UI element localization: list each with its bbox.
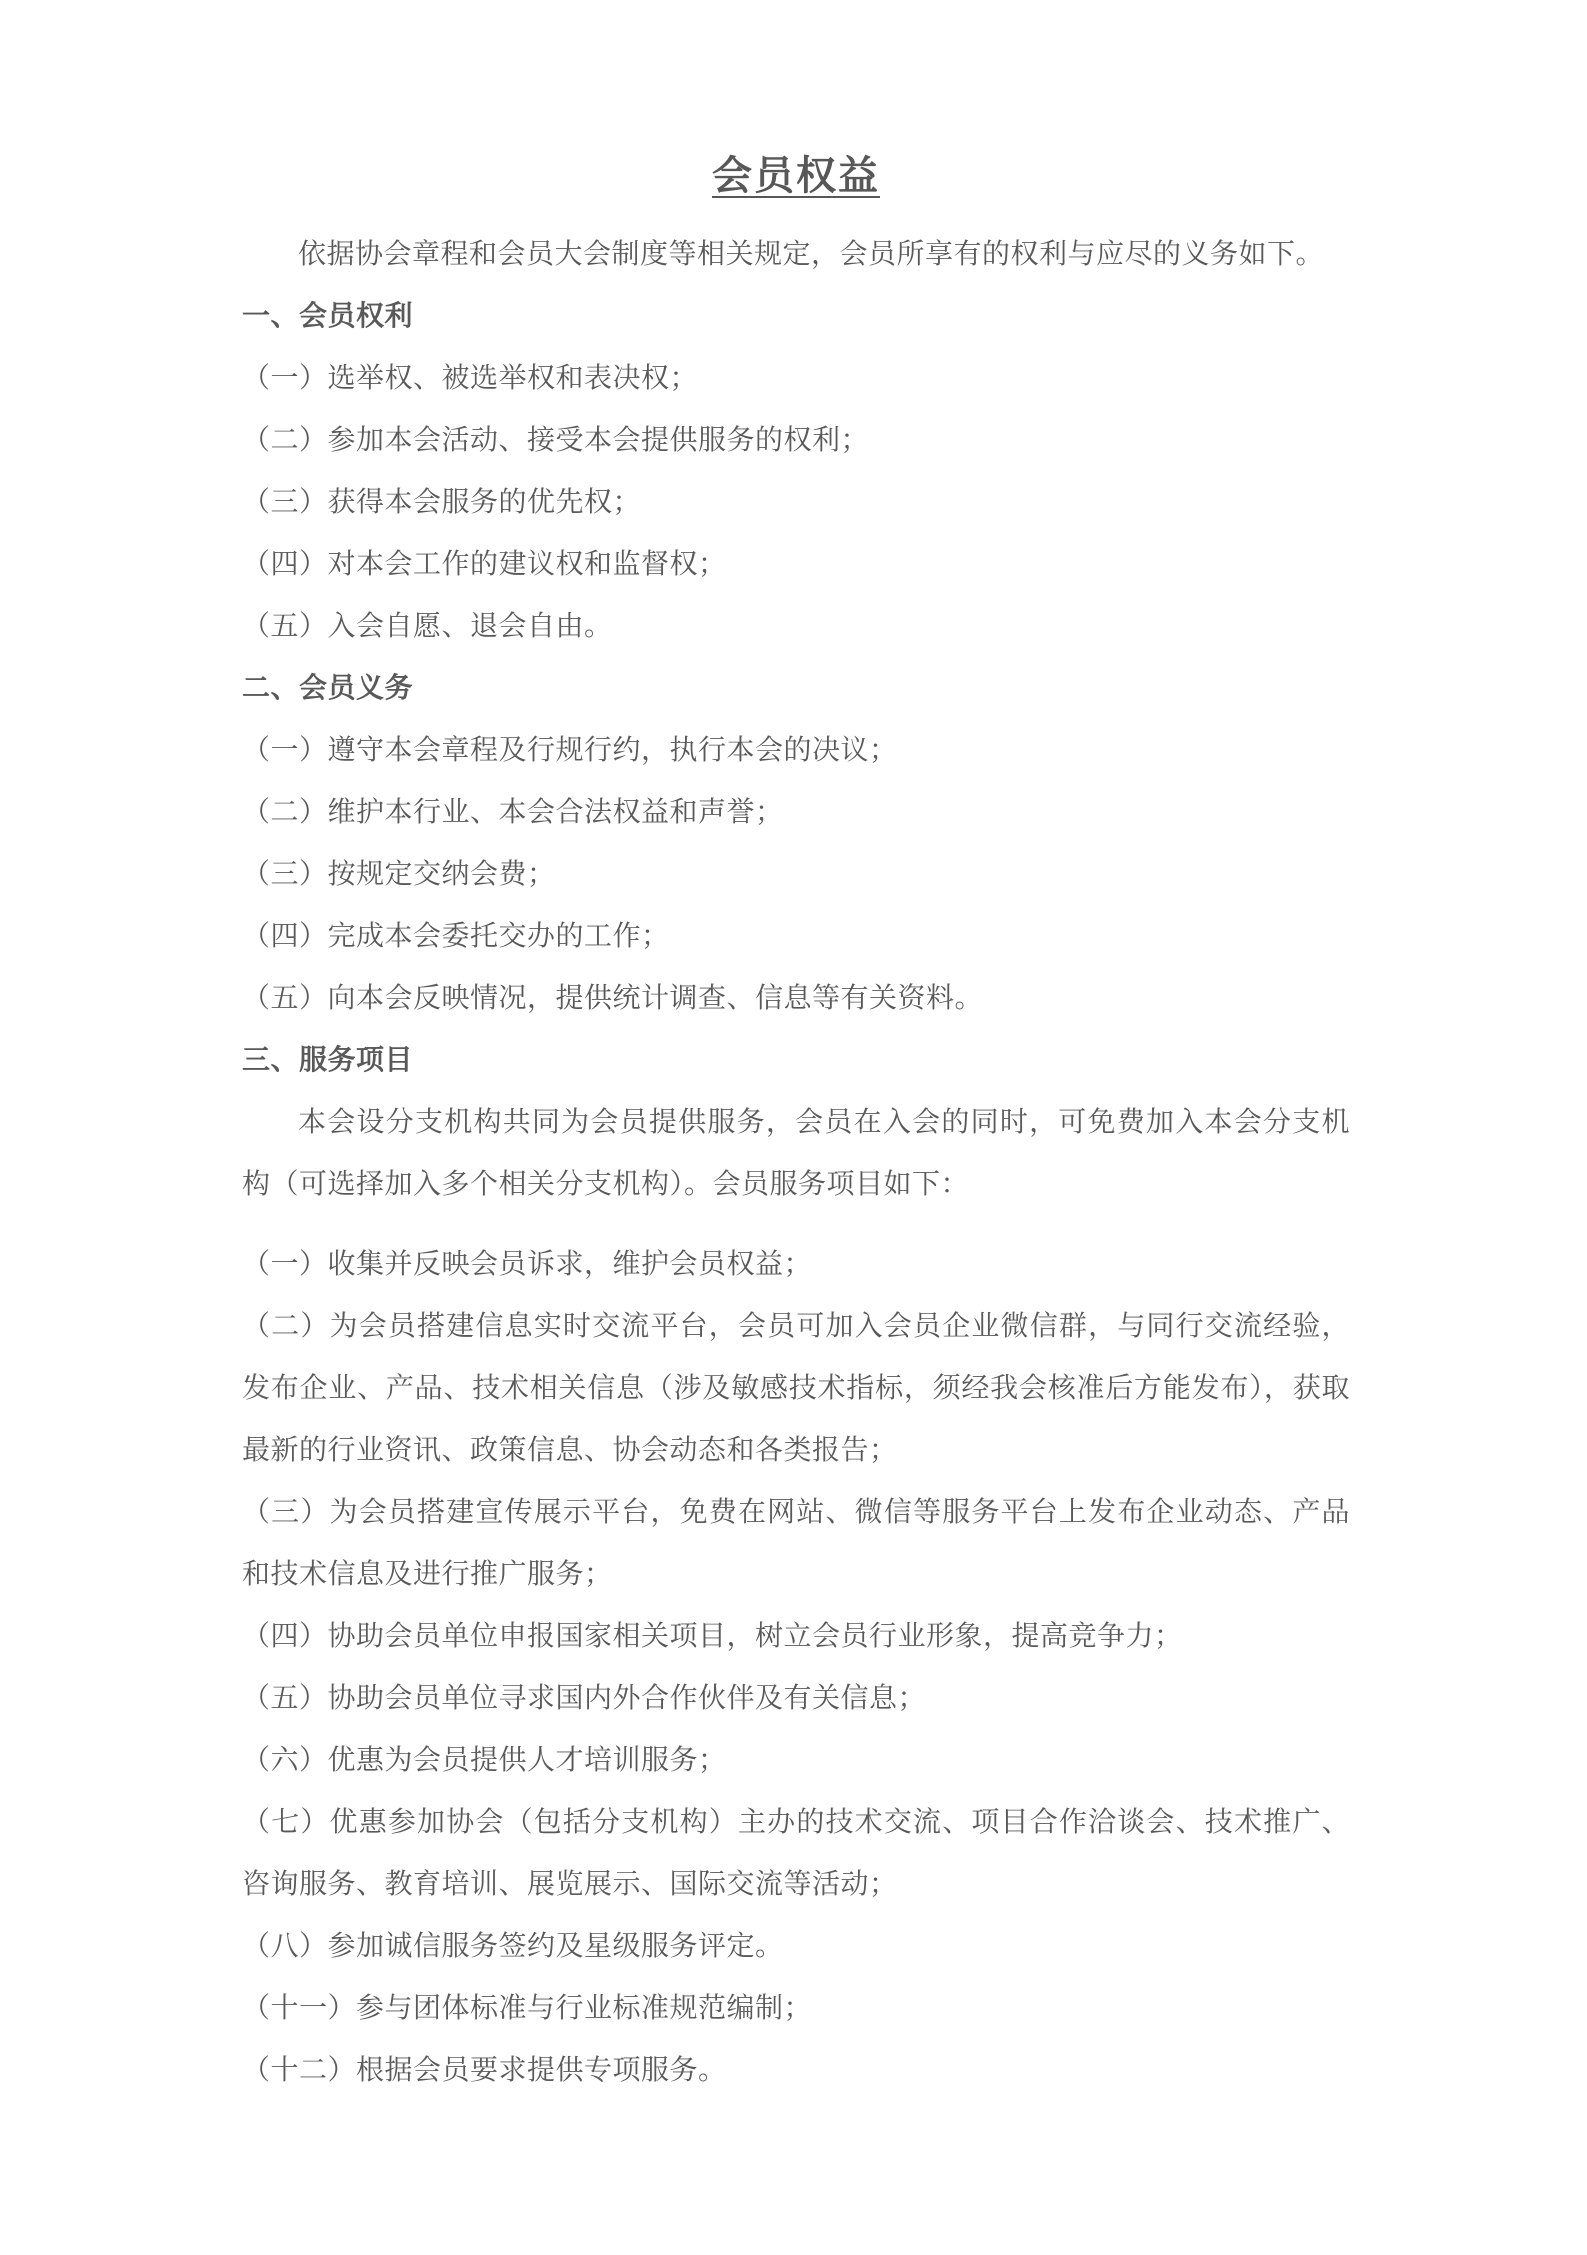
- list-item: （五）向本会反映情况，提供统计调查、信息等有关资料。: [242, 968, 1350, 1030]
- list-item: （二）维护本行业、本会合法权益和声誉；: [242, 782, 1350, 844]
- list-item: （三）获得本会服务的优先权；: [242, 472, 1350, 534]
- list-item: （四）对本会工作的建议权和监督权；: [242, 534, 1350, 596]
- section-1-heading: 一、会员权利: [242, 286, 1350, 348]
- intro-paragraph: 依据协会章程和会员大会制度等相关规定，会员所享有的权利与应尽的义务如下。: [242, 224, 1350, 286]
- section-3-heading: 三、服务项目: [242, 1030, 1350, 1092]
- list-item: （八）参加诚信服务签约及星级服务评定。: [242, 1916, 1350, 1978]
- document-page: 会员权益 依据协会章程和会员大会制度等相关规定，会员所享有的权利与应尽的义务如下…: [0, 0, 1587, 2255]
- list-item: （六）优惠为会员提供人才培训服务；: [242, 1730, 1350, 1792]
- list-item: （三）按规定交纳会费；: [242, 844, 1350, 906]
- list-item: （四）完成本会委托交办的工作；: [242, 906, 1350, 968]
- list-item: （十二）根据会员要求提供专项服务。: [242, 2040, 1350, 2102]
- page-title-text: 会员权益: [712, 153, 880, 198]
- list-item: （一）选举权、被选举权和表决权；: [242, 348, 1350, 410]
- list-item: （四）协助会员单位申报国家相关项目，树立会员行业形象，提高竞争力；: [242, 1606, 1350, 1668]
- list-item: （二）为会员搭建信息实时交流平台，会员可加入会员企业微信群，与同行交流经验，发布…: [242, 1296, 1350, 1482]
- list-item: （二）参加本会活动、接受本会提供服务的权利；: [242, 410, 1350, 472]
- section-2-heading: 二、会员义务: [242, 658, 1350, 720]
- list-item: （五）入会自愿、退会自由。: [242, 596, 1350, 658]
- list-item: （三）为会员搭建宣传展示平台，免费在网站、微信等服务平台上发布企业动态、产品和技…: [242, 1482, 1350, 1606]
- list-item: （一）收集并反映会员诉求，维护会员权益；: [242, 1234, 1350, 1296]
- page-title: 会员权益: [242, 148, 1350, 204]
- list-item: （五）协助会员单位寻求国内外合作伙伴及有关信息；: [242, 1668, 1350, 1730]
- section-3-intro: 本会设分支机构共同为会员提供服务，会员在入会的同时，可免费加入本会分支机构（可选…: [242, 1092, 1350, 1216]
- list-item: （一）遵守本会章程及行规行约，执行本会的决议；: [242, 720, 1350, 782]
- list-item: （十一）参与团体标准与行业标准规范编制；: [242, 1978, 1350, 2040]
- list-item: （七）优惠参加协会（包括分支机构）主办的技术交流、项目合作洽谈会、技术推广、咨询…: [242, 1792, 1350, 1916]
- document-body: 会员权益 依据协会章程和会员大会制度等相关规定，会员所享有的权利与应尽的义务如下…: [242, 0, 1350, 2102]
